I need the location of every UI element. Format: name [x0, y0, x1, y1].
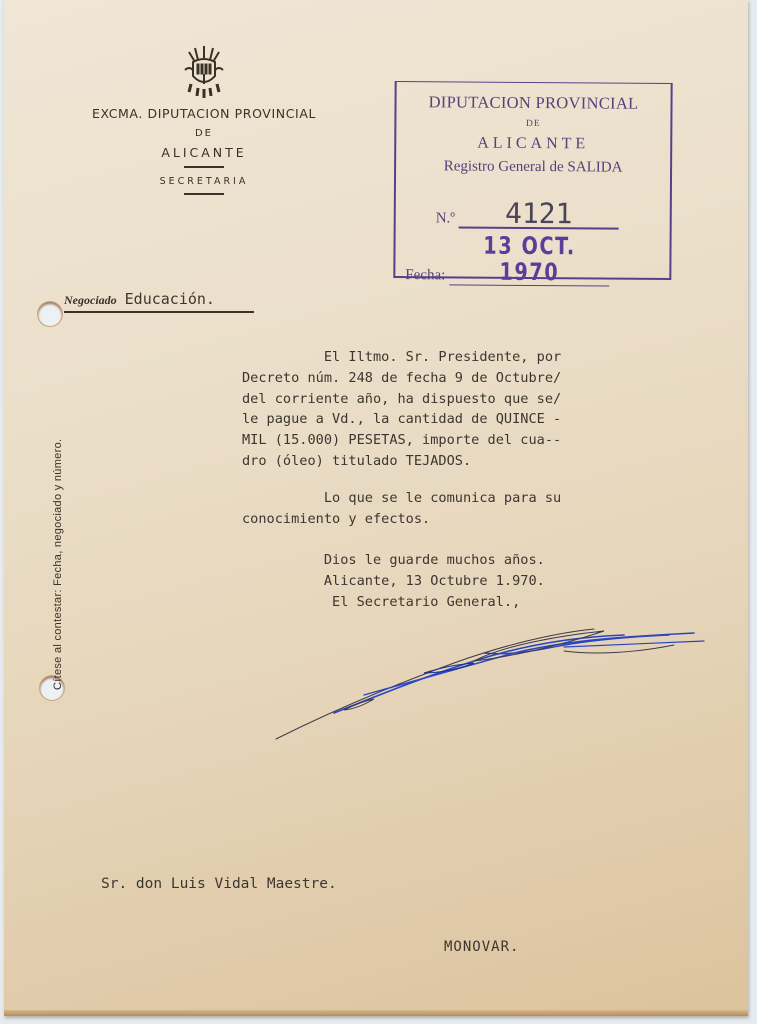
body-paragraph-1: El Iltmo. Sr. Presidente, por Decreto nú… — [242, 347, 561, 472]
punch-hole-top — [38, 302, 62, 326]
stamp-de: DE — [396, 118, 670, 130]
negociado-value: Educación. — [125, 290, 215, 308]
stamp-date-row: Fecha: 13 OCT. 1970 — [405, 232, 659, 287]
reply-instruction-note: Cítese al contestar: Fecha, negociado y … — [52, 439, 64, 690]
stamp-registry-title: Registro General de SALIDA — [396, 158, 670, 177]
letterhead: EXCMA. DIPUTACION PROVINCIAL DE ALICANTE… — [44, 44, 364, 195]
letterhead-divider — [184, 193, 224, 195]
stamp-number-label: N.º — [436, 210, 455, 226]
letterhead-department: SECRETARIA — [44, 176, 364, 187]
letterhead-divider — [184, 166, 224, 168]
stamp-date-label: Fecha: — [405, 267, 445, 283]
letterhead-city: ALICANTE — [44, 145, 364, 160]
handwritten-signature-icon — [274, 615, 714, 745]
body-paragraph-2: Lo que se le comunica para su conocimien… — [242, 488, 561, 530]
letterhead-institution: EXCMA. DIPUTACION PROVINCIAL — [44, 106, 364, 121]
stamp-number-row: N.º 4121 — [436, 200, 660, 230]
recipient-city: MONOVAR. — [444, 937, 519, 958]
stamp-date-value: 13 OCT. 1970 — [449, 232, 609, 286]
stamp-institution: DIPUTACION PROVINCIAL — [396, 92, 670, 114]
negociado-label: Negociado — [64, 293, 117, 307]
letter-page: EXCMA. DIPUTACION PROVINCIAL DE ALICANTE… — [4, 0, 748, 1016]
closing-block: Dios le guarde muchos años. Alicante, 13… — [242, 550, 545, 612]
negociado-field: Negociado Educación. — [64, 290, 254, 313]
stamp-city: ALICANTE — [396, 134, 670, 154]
letterhead-de: DE — [44, 128, 364, 139]
registry-stamp: DIPUTACION PROVINCIAL DE ALICANTE Regist… — [393, 81, 672, 280]
coat-of-arms-icon — [181, 44, 227, 100]
stamp-number-value: 4121 — [459, 200, 619, 229]
recipient-name: Sr. don Luis Vidal Maestre. — [101, 874, 337, 895]
